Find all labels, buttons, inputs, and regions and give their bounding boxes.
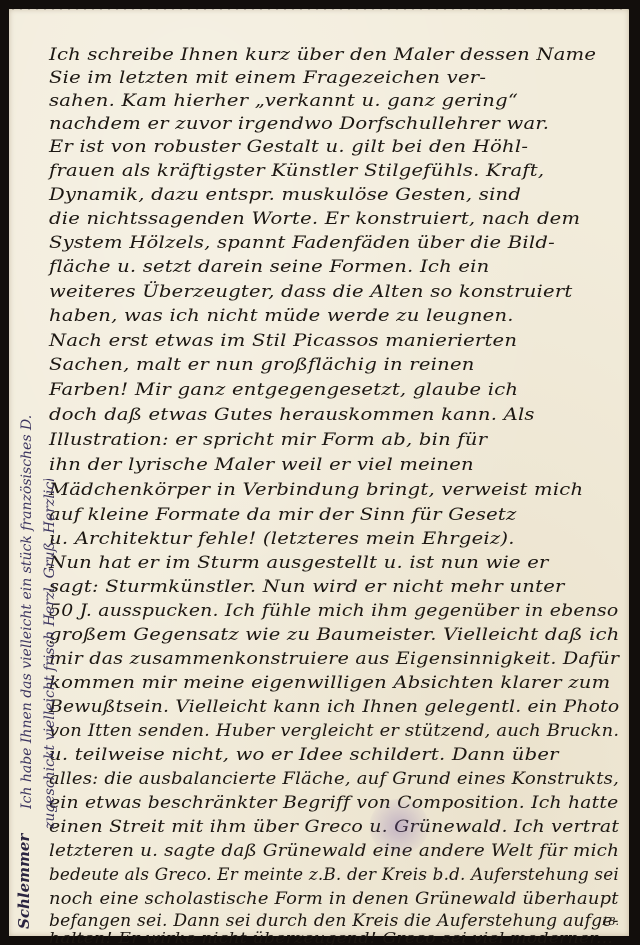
text-line: Er ist von robuster Gestalt u. gilt bei … xyxy=(49,137,528,157)
text-line: Illustration: er spricht mir Form ab, bi… xyxy=(49,430,487,450)
text-line: alles: die ausbalancierte Fläche, auf Gr… xyxy=(49,769,619,789)
text-line: von Itten senden. Huber vergleicht er st… xyxy=(49,721,619,741)
text-line: Mädchenkörper in Verbindung bringt, verw… xyxy=(49,480,583,500)
text-line: die nichtssagenden Worte. Er konstruiert… xyxy=(49,209,580,229)
text-line: doch daß etwas Gutes herauskommen kann. … xyxy=(49,405,535,425)
text-line: einen Streit mit ihm über Greco u. Grüne… xyxy=(49,817,619,837)
text-line: noch eine scholastische Form in denen Gr… xyxy=(49,889,619,909)
page-number: 18. xyxy=(602,915,620,928)
text-line: Sachen, malt er nun großflächig in reine… xyxy=(49,355,475,375)
text-line: kommen mir meine eigenwilligen Absichten… xyxy=(49,673,610,693)
text-line: 50 J. ausspucken. Ich fühle mich ihm geg… xyxy=(49,601,618,621)
text-line: Farben! Mir ganz entgegengesetzt, glaube… xyxy=(49,380,518,400)
text-line: Ich schreibe Ihnen kurz über den Maler d… xyxy=(49,45,596,65)
text-line: u. teilweise nicht, wo er Idee schildert… xyxy=(49,745,559,765)
text-line: Bewußtsein. Vielleicht kann ich Ihnen ge… xyxy=(49,697,619,717)
text-line: Nach erst etwas im Stil Picassos manieri… xyxy=(49,331,517,351)
text-line: auf kleine Formate da mir der Sinn für G… xyxy=(49,505,517,525)
text-line: haben, was ich nicht müde werde zu leugn… xyxy=(49,306,514,326)
text-line: System Hölzels, spannt Fadenfäden über d… xyxy=(49,233,555,253)
text-line: ein etwas beschränkter Begriff von Compo… xyxy=(49,793,618,813)
letter-page: Ich schreibe Ihnen kurz über den Maler d… xyxy=(9,9,629,936)
text-line: frauen als kräftigster Künstler Stilgefü… xyxy=(49,161,544,181)
text-line: u. Architektur fehle! (letzteres mein Eh… xyxy=(49,529,515,549)
text-line: weiteres Überzeugter, dass die Alten so … xyxy=(49,282,573,302)
margin-note-vertical-2: zugeschickt vielleicht frisch Herzl. Gru… xyxy=(42,479,66,829)
text-line: fläche u. setzt darein seine Formen. Ich… xyxy=(49,257,489,277)
text-line: bedeute als Greco. Er meinte z.B. der Kr… xyxy=(49,865,619,885)
text-line: sahen. Kam hierher „verkannt u. ganz ger… xyxy=(49,91,518,111)
text-line: halten! Er wirke nicht überzeugend! Grec… xyxy=(49,929,613,945)
text-line: sagt: Sturmkünstler. Nun wird er nicht m… xyxy=(49,577,565,597)
text-line: Sie im letzten mit einem Fragezeichen ve… xyxy=(49,68,486,88)
text-line: mir das zusammenkonstruiere aus Eigensin… xyxy=(49,649,619,669)
text-line: befangen sei. Dann sei durch den Kreis d… xyxy=(49,911,619,931)
perforated-edge xyxy=(9,6,629,12)
text-line: letzteren u. sagte daß Grünewald eine an… xyxy=(49,841,619,861)
signature: Schlemmer xyxy=(15,829,45,929)
text-line: nachdem er zuvor irgendwo Dorfschullehre… xyxy=(49,114,549,134)
text-line: Nun hat er im Sturm ausgestellt u. ist n… xyxy=(49,553,549,573)
text-line: großem Gegensatz wie zu Baumeister. Viel… xyxy=(49,625,620,645)
ink-stamp-smudge xyxy=(369,799,429,854)
text-line: Dynamik, dazu entspr. muskulöse Gesten, … xyxy=(49,185,521,205)
text-line: ihn der lyrische Maler weil er viel mein… xyxy=(49,455,474,475)
